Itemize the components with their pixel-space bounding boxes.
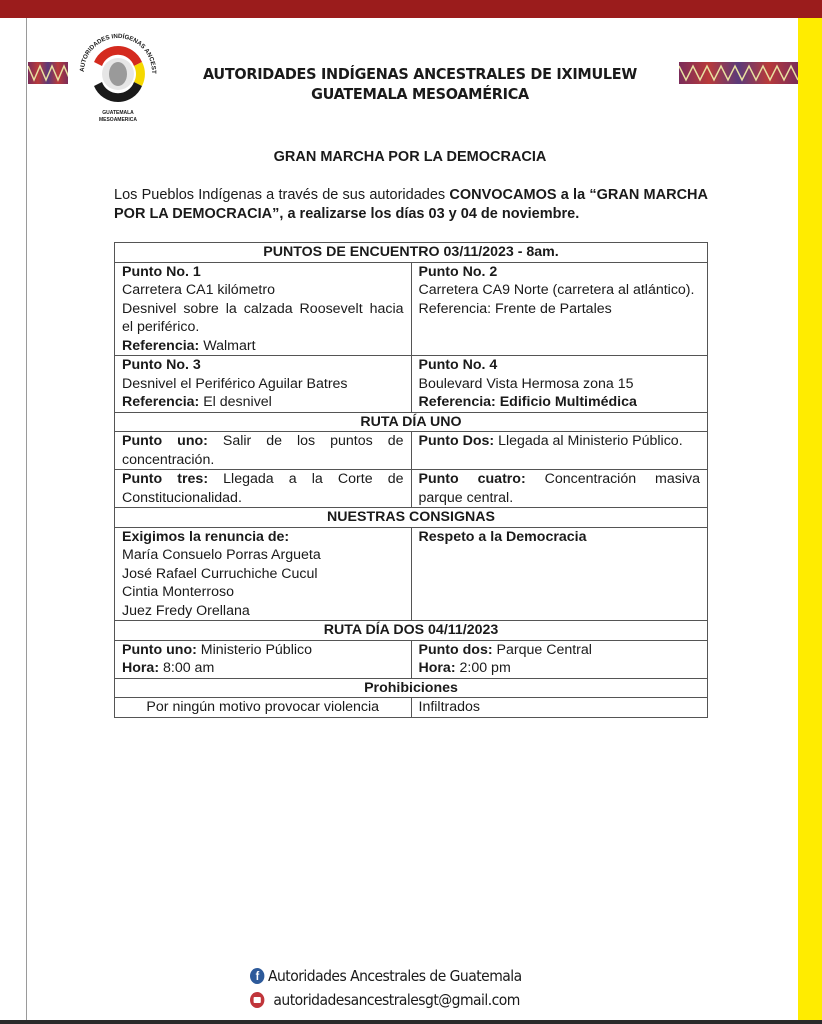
table-row: Punto uno: Salir de los puntos de concen… bbox=[115, 432, 708, 470]
stop-text: Parque Central bbox=[493, 642, 592, 658]
route-stop: Punto uno: Salir de los puntos de concen… bbox=[115, 432, 412, 470]
point-line: Carretera CA1 kilómetro bbox=[122, 281, 404, 300]
point-title: Punto No. 3 bbox=[122, 356, 404, 375]
stop-label: Punto uno: bbox=[122, 433, 208, 449]
reference-value: El desnivel bbox=[199, 394, 272, 410]
stop-label: Punto uno: bbox=[122, 642, 197, 658]
intro-paragraph: Los Pueblos Indígenas a través de sus au… bbox=[114, 186, 708, 224]
stop-text: Ministerio Público bbox=[197, 642, 312, 658]
stop-text: Llegada al Ministerio Público. bbox=[494, 433, 682, 449]
document-title: GRAN MARCHA POR LA DEMOCRACIA bbox=[110, 149, 710, 165]
route-stop: Punto Dos: Llegada al Ministerio Público… bbox=[411, 432, 708, 470]
point-line: Boulevard Vista Hermosa zona 15 bbox=[419, 375, 701, 394]
facebook-contact: f Autoridades Ancestrales de Guatemala bbox=[250, 964, 522, 988]
intro-plain: Los Pueblos Indígenas a través de sus au… bbox=[114, 187, 449, 203]
meeting-point-1: Punto No. 1 Carretera CA1 kilómetro Desn… bbox=[115, 262, 412, 356]
time-label: Hora: bbox=[419, 660, 456, 676]
respect-democracy: Respeto a la Democracia bbox=[411, 527, 708, 621]
organization-logo: AUTORIDADES INDÍGENAS ANCESTRALES DE IXI… bbox=[70, 24, 166, 130]
time-value: 8:00 am bbox=[159, 660, 214, 676]
demand-label: Exigimos la renuncia de: bbox=[122, 528, 404, 547]
stop-label: Punto cuatro: bbox=[419, 471, 526, 487]
demand-name: Cintia Monterroso bbox=[122, 583, 404, 602]
stop-label: Punto tres: bbox=[122, 471, 208, 487]
point-title: Punto No. 2 bbox=[419, 263, 701, 282]
demand-name: Juez Fredy Orellana bbox=[122, 602, 404, 621]
demand-name: José Rafael Curruchiche Cucul bbox=[122, 565, 404, 584]
page-bottom-edge bbox=[0, 1020, 822, 1024]
meeting-points-heading: PUNTOS DE ENCUENTRO 03/11/2023 - 8am. bbox=[115, 243, 708, 263]
prohibitions-heading: Prohibiciones bbox=[115, 678, 708, 698]
meeting-point-3: Punto No. 3 Desnivel el Periférico Aguil… bbox=[115, 356, 412, 413]
resignation-demand: Exigimos la renuncia de: María Consuelo … bbox=[115, 527, 412, 621]
reference-label: Referencia: bbox=[122, 338, 199, 354]
org-name-line-1: AUTORIDADES INDÍGENAS ANCESTRALES DE IXI… bbox=[160, 64, 681, 84]
mail-icon bbox=[250, 992, 264, 1008]
route-day-one-heading: RUTA DÍA UNO bbox=[115, 412, 708, 432]
table-row: Punto uno: Ministerio Público Hora: 8:00… bbox=[115, 640, 708, 678]
top-color-bar bbox=[0, 0, 822, 18]
meeting-point-2: Punto No. 2 Carretera CA9 Norte (carrete… bbox=[411, 262, 708, 356]
organization-name: AUTORIDADES INDÍGENAS ANCESTRALES DE IXI… bbox=[160, 64, 681, 104]
side-yellow-strip bbox=[798, 18, 822, 1020]
page-left-edge bbox=[26, 18, 27, 1020]
route-stop: Punto dos: Parque Central Hora: 2:00 pm bbox=[411, 640, 708, 678]
route-stop: Punto uno: Ministerio Público Hora: 8:00… bbox=[115, 640, 412, 678]
reference-label: Referencia: bbox=[122, 394, 199, 410]
route-stop: Punto cuatro: Concentración masiva parqu… bbox=[411, 470, 708, 508]
woven-pattern-right bbox=[679, 62, 798, 84]
org-name-line-2: GUATEMALA MESOAMÉRICA bbox=[160, 84, 681, 104]
table-row: Punto No. 3 Desnivel el Periférico Aguil… bbox=[115, 356, 708, 413]
svg-text:GUATEMALA: GUATEMALA bbox=[102, 110, 134, 116]
prohibition-item: Infiltrados bbox=[411, 698, 708, 718]
reference-bold: Referencia: Edificio Multimédica bbox=[419, 393, 701, 412]
table-row: Por ningún motivo provocar violencia Inf… bbox=[115, 698, 708, 718]
facebook-page-name: Autoridades Ancestrales de Guatemala bbox=[268, 964, 522, 988]
slogans-heading: NUESTRAS CONSIGNAS bbox=[115, 508, 708, 528]
point-line: Desnivel el Periférico Aguilar Batres bbox=[122, 375, 404, 394]
prohibition-item: Por ningún motivo provocar violencia bbox=[115, 698, 412, 718]
stop-label: Punto Dos: bbox=[419, 433, 495, 449]
point-title: Punto No. 1 bbox=[122, 263, 404, 282]
point-line: Desnivel sobre la calzada Roosevelt haci… bbox=[122, 300, 404, 337]
stop-label: Punto dos: bbox=[419, 642, 493, 658]
email-address: autoridadesancestralesgt@gmail.com bbox=[273, 988, 519, 1012]
email-contact: autoridadesancestralesgt@gmail.com bbox=[250, 988, 522, 1012]
point-line: Carretera CA9 Norte (carretera al atlánt… bbox=[419, 281, 701, 300]
point-title: Punto No. 4 bbox=[419, 356, 701, 375]
time-label: Hora: bbox=[122, 660, 159, 676]
facebook-icon: f bbox=[250, 968, 264, 984]
table-row: Punto No. 1 Carretera CA1 kilómetro Desn… bbox=[115, 262, 708, 356]
demand-name: María Consuelo Porras Argueta bbox=[122, 546, 404, 565]
route-stop: Punto tres: Llegada a la Corte de Consti… bbox=[115, 470, 412, 508]
reference-value: Walmart bbox=[199, 338, 255, 354]
point-line: Referencia: Frente de Partales bbox=[419, 300, 701, 319]
route-day-two-heading: RUTA DÍA DOS 04/11/2023 bbox=[115, 621, 708, 641]
contact-footer: f Autoridades Ancestrales de Guatemala a… bbox=[250, 964, 522, 1012]
meeting-point-4: Punto No. 4 Boulevard Vista Hermosa zona… bbox=[411, 356, 708, 413]
svg-text:MESOAMERICA: MESOAMERICA bbox=[99, 117, 137, 123]
table-row: Punto tres: Llegada a la Corte de Consti… bbox=[115, 470, 708, 508]
march-details-table: PUNTOS DE ENCUENTRO 03/11/2023 - 8am. Pu… bbox=[114, 242, 708, 718]
table-row: Exigimos la renuncia de: María Consuelo … bbox=[115, 527, 708, 621]
time-value: 2:00 pm bbox=[456, 660, 511, 676]
woven-pattern-left bbox=[28, 62, 68, 84]
